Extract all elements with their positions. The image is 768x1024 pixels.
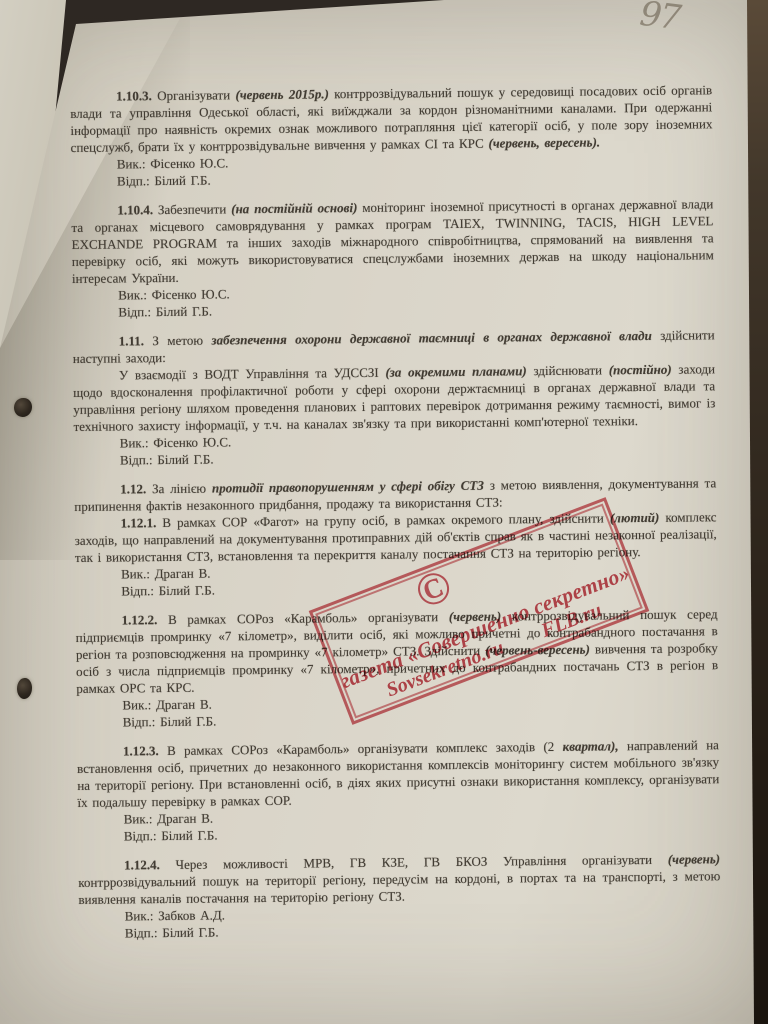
text-run: Вик.: Драган В.: [122, 697, 212, 713]
text-run: (за окремими планами): [385, 363, 526, 379]
text-run: 1.11.: [119, 333, 144, 348]
document-photo: 97 1.10.3. Організувати (червень 2015р.)…: [0, 0, 768, 1024]
text-run: квартал),: [563, 738, 619, 754]
text-run: Відп.: Білий Г.Б.: [123, 714, 217, 730]
text-run: 1.10.3.: [116, 88, 152, 103]
text-run: Відп.: Білий Г.Б.: [118, 304, 212, 320]
document-body: 1.10.3. Організувати (червень 2015р.) ко…: [70, 81, 721, 942]
text-run: У взаємодії з ВОДТ Управління та УДССЗІ: [119, 365, 386, 383]
text-run: За лінією: [146, 481, 212, 497]
text-run: здійснювати: [527, 362, 609, 378]
text-run: Вик.: Фісенко Ю.С.: [120, 434, 232, 450]
text-run: (на постійній основі): [231, 200, 357, 216]
text-run: 1.12.: [120, 481, 146, 496]
text-run: 1.12.4.: [124, 857, 160, 872]
text-run: (червень 2015р.): [235, 86, 329, 102]
text-run: В рамках СОРоз «Карамболь» організувати …: [159, 739, 563, 758]
text-run: Вик.: Драган В.: [124, 811, 214, 827]
document-paragraph: 1.12.4. Через можливості МРВ, ГВ КЗЕ, ГВ…: [78, 850, 720, 908]
text-run: Відп.: Білий Г.Б.: [120, 452, 214, 468]
text-run: (лютий): [610, 510, 660, 526]
text-run: (постійно): [609, 362, 672, 378]
document-paragraph: У взаємодії з ВОДТ Управління та УДССЗІ …: [73, 360, 716, 435]
text-run: 1.12.2.: [121, 612, 157, 627]
text-run: (червень, вересень).: [488, 134, 600, 150]
text-run: Вик.: Фісенко Ю.С.: [117, 155, 229, 171]
text-run: Забезпечити: [153, 201, 231, 217]
text-run: Відп.: Білий Г.Б.: [124, 827, 218, 843]
text-run: 1.10.4.: [117, 202, 153, 217]
document-paragraph: 1.10.3. Організувати (червень 2015р.) ко…: [70, 81, 713, 156]
document-page: 97 1.10.3. Організувати (червень 2015р.)…: [0, 0, 768, 1024]
text-run: Відп.: Білий Г.Б.: [117, 173, 211, 189]
document-paragraph: 1.10.4. Забезпечити (на постійній основі…: [71, 195, 714, 287]
punch-hole-bottom: [17, 678, 32, 699]
copyright-icon: ©: [409, 561, 458, 616]
text-run: 1.12.1.: [120, 515, 156, 530]
text-run: Відп.: Білий Г.Б.: [125, 924, 219, 940]
document-paragraph: 1.12.3. В рамках СОРоз «Карамболь» орган…: [77, 736, 720, 811]
handwritten-page-number: 97: [638, 0, 682, 38]
text-run: контррозвідувальний пошук на території р…: [78, 868, 720, 907]
text-run: протидії правопорушенням у сфері обігу С…: [212, 478, 484, 496]
text-run: Відп.: Білий Г.Б.: [121, 583, 215, 599]
punch-hole-top: [14, 398, 32, 417]
text-run: Організувати: [152, 87, 236, 103]
text-run: 1.12.3.: [123, 743, 159, 758]
text-run: Вик.: Забков А.Д.: [125, 907, 225, 923]
text-run: (червень): [668, 851, 720, 867]
text-run: Вик.: Фісенко Ю.С.: [118, 286, 230, 302]
text-run: забезпечення охорони державної таємниці …: [211, 328, 651, 348]
text-run: Вик.: Драган В.: [121, 566, 211, 582]
text-run: З метою: [144, 333, 212, 349]
